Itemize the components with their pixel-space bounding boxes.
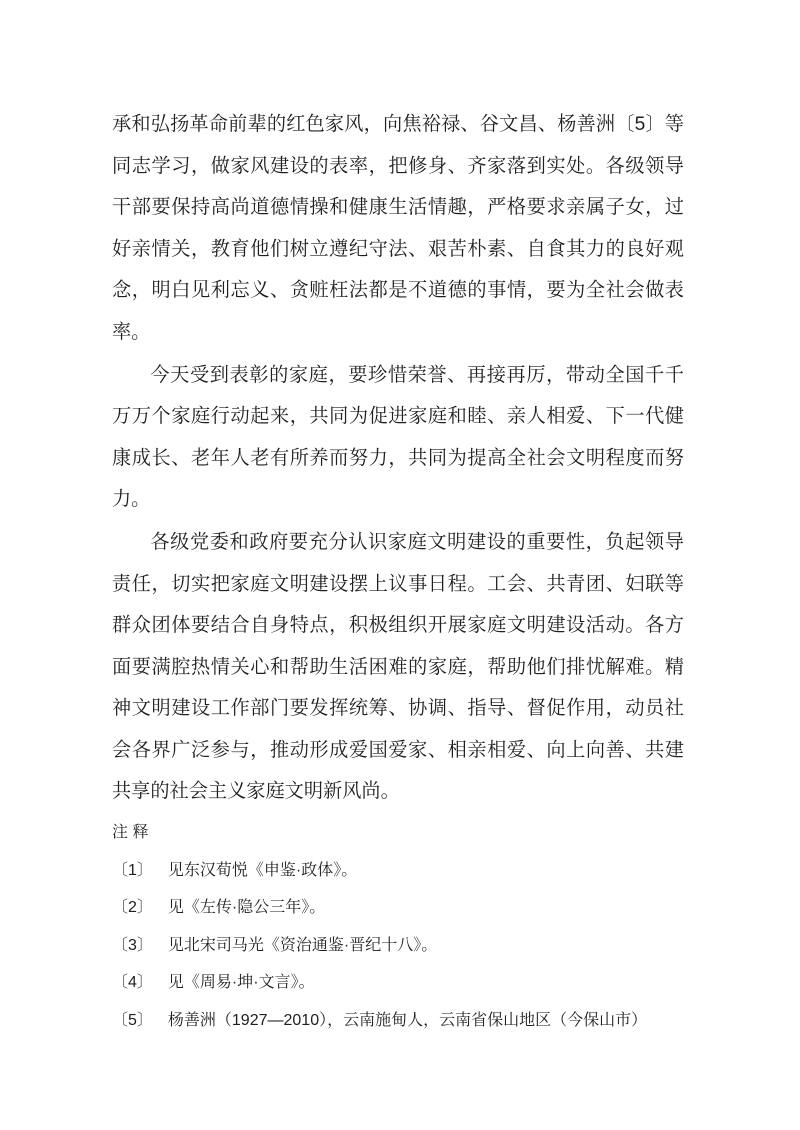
note-marker: 〔4〕 [112, 964, 153, 1002]
notes-section: 注 释 〔1〕见东汉荀悦《申鉴·政体》。 〔2〕见《左传·隐公三年》。 〔3〕见… [112, 814, 684, 1039]
note-item-4: 〔4〕见《周易·坤·文言》。 [112, 964, 684, 1002]
note-marker: 〔1〕 [112, 852, 153, 890]
notes-heading: 注 释 [112, 814, 684, 852]
note-text: 见《周易·坤·文言》。 [168, 964, 315, 1002]
page-content: 承和弘扬革命前辈的红色家风，向焦裕禄、谷文昌、杨善洲〔5〕等同志学习，做家风建设… [112, 104, 684, 1039]
body-paragraph-1: 承和弘扬革命前辈的红色家风，向焦裕禄、谷文昌、杨善洲〔5〕等同志学习，做家风建设… [112, 104, 684, 353]
note-text: 见北宋司马光《资治通鉴·晋纪十八》。 [168, 927, 437, 965]
note-item-3: 〔3〕见北宋司马光《资治通鉴·晋纪十八》。 [112, 927, 684, 965]
note-item-5: 〔5〕杨善洲（1927—2010），云南施甸人，云南省保山地区（今保山市） [112, 1002, 684, 1040]
note-marker: 〔3〕 [112, 927, 153, 965]
note-marker: 〔2〕 [112, 889, 153, 927]
body-paragraph-2: 今天受到表彰的家庭，要珍惜荣誉、再接再厉，带动全国千千万万个家庭行动起来，共同为… [112, 355, 684, 521]
note-item-1: 〔1〕见东汉荀悦《申鉴·政体》。 [112, 852, 684, 890]
note-item-2: 〔2〕见《左传·隐公三年》。 [112, 889, 684, 927]
body-paragraph-3: 各级党委和政府要充分认识家庭文明建设的重要性，负起领导责任，切实把家庭文明建设摆… [112, 522, 684, 813]
note-marker: 〔5〕 [112, 1002, 153, 1040]
note-text: 见东汉荀悦《申鉴·政体》。 [168, 852, 357, 890]
note-text: 见《左传·隐公三年》。 [168, 889, 325, 927]
note-text: 杨善洲（1927—2010），云南施甸人，云南省保山地区（今保山市） [168, 1002, 647, 1040]
document-page: 承和弘扬革命前辈的红色家风，向焦裕禄、谷文昌、杨善洲〔5〕等同志学习，做家风建设… [0, 0, 800, 1130]
